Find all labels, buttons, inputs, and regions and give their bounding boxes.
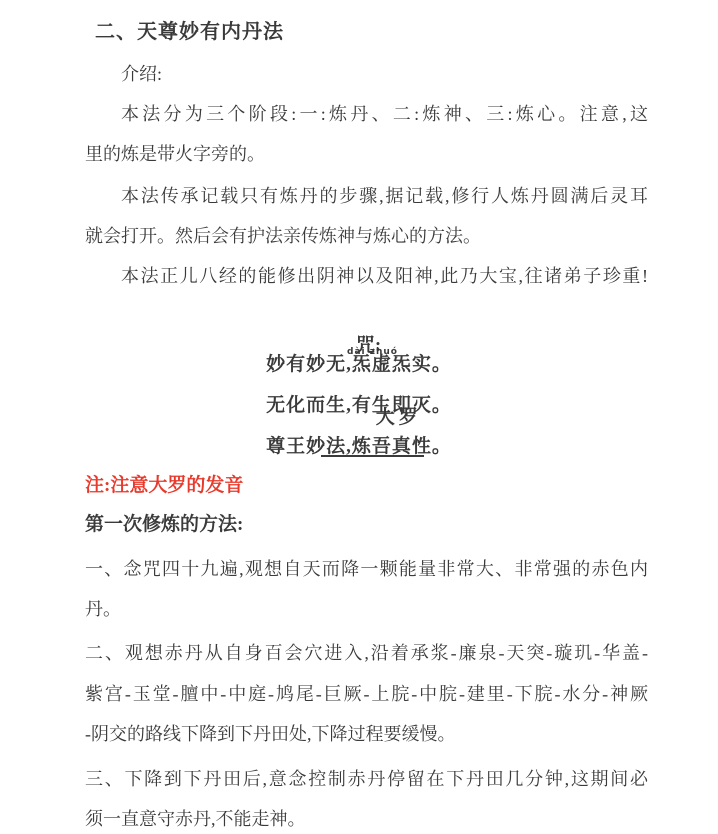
step-line: 丹。 bbox=[85, 597, 648, 621]
paragraph-line: 本法正儿八经的能修出阴神以及阳神,此乃大宝,往诸弟子珍重! bbox=[85, 264, 648, 288]
paragraph-line: 里的炼是带火字旁的。 bbox=[85, 142, 648, 166]
step-line: 一、念咒四十九遍,观想自天而降一颗能量非常大、非常强的赤色内 bbox=[85, 557, 648, 581]
paragraph-line: 本法传承记载只有炼丹的步骤,据记载,修行人炼丹圆满后灵耳 bbox=[85, 184, 648, 208]
intro-label: 介绍: bbox=[85, 62, 648, 86]
method-heading: 第一次修炼的方法: bbox=[85, 513, 648, 537]
verse-line: 尊王妙法,炼吾真性。 bbox=[0, 435, 718, 459]
step-line: 三、下降到下丹田后,意念控制赤丹停留在下丹田几分钟,这期间必 bbox=[85, 767, 648, 791]
mantra-line: 咒: dài zhuó 大罗 bbox=[0, 310, 718, 334]
step-line: -阴交的路线下降到下丹田处,下降过程要缓慢。 bbox=[85, 722, 648, 746]
step-line: 二、观想赤丹从自身百会穴进入,沿着承浆-廉泉-天突-璇玑-华盖- bbox=[85, 641, 648, 665]
verse-line: 无化而生,有生即灭。 bbox=[0, 394, 718, 418]
pronunciation-note: 注:注意大罗的发音 bbox=[85, 474, 648, 498]
verse-line: 妙有妙无,炁虚炁实。 bbox=[0, 353, 718, 377]
step-line: 紫宫-玉堂-膻中-中庭-鸠尾-巨厥-上脘-中脘-建里-下脘-水分-神厥 bbox=[85, 682, 648, 706]
step-line: 须一直意守赤丹,不能走神。 bbox=[85, 807, 648, 831]
paragraph-line: 就会打开。然后会有护法亲传炼神与炼心的方法。 bbox=[85, 224, 648, 248]
paragraph-line: 本法分为三个阶段:一:炼丹、二:炼神、三:炼心。注意,这 bbox=[85, 102, 648, 126]
section-heading: 二、天尊妙有内丹法 bbox=[95, 20, 658, 44]
document-page: 二、天尊妙有内丹法 介绍: 本法分为三个阶段:一:炼丹、二:炼神、三:炼心。注意… bbox=[0, 0, 718, 834]
